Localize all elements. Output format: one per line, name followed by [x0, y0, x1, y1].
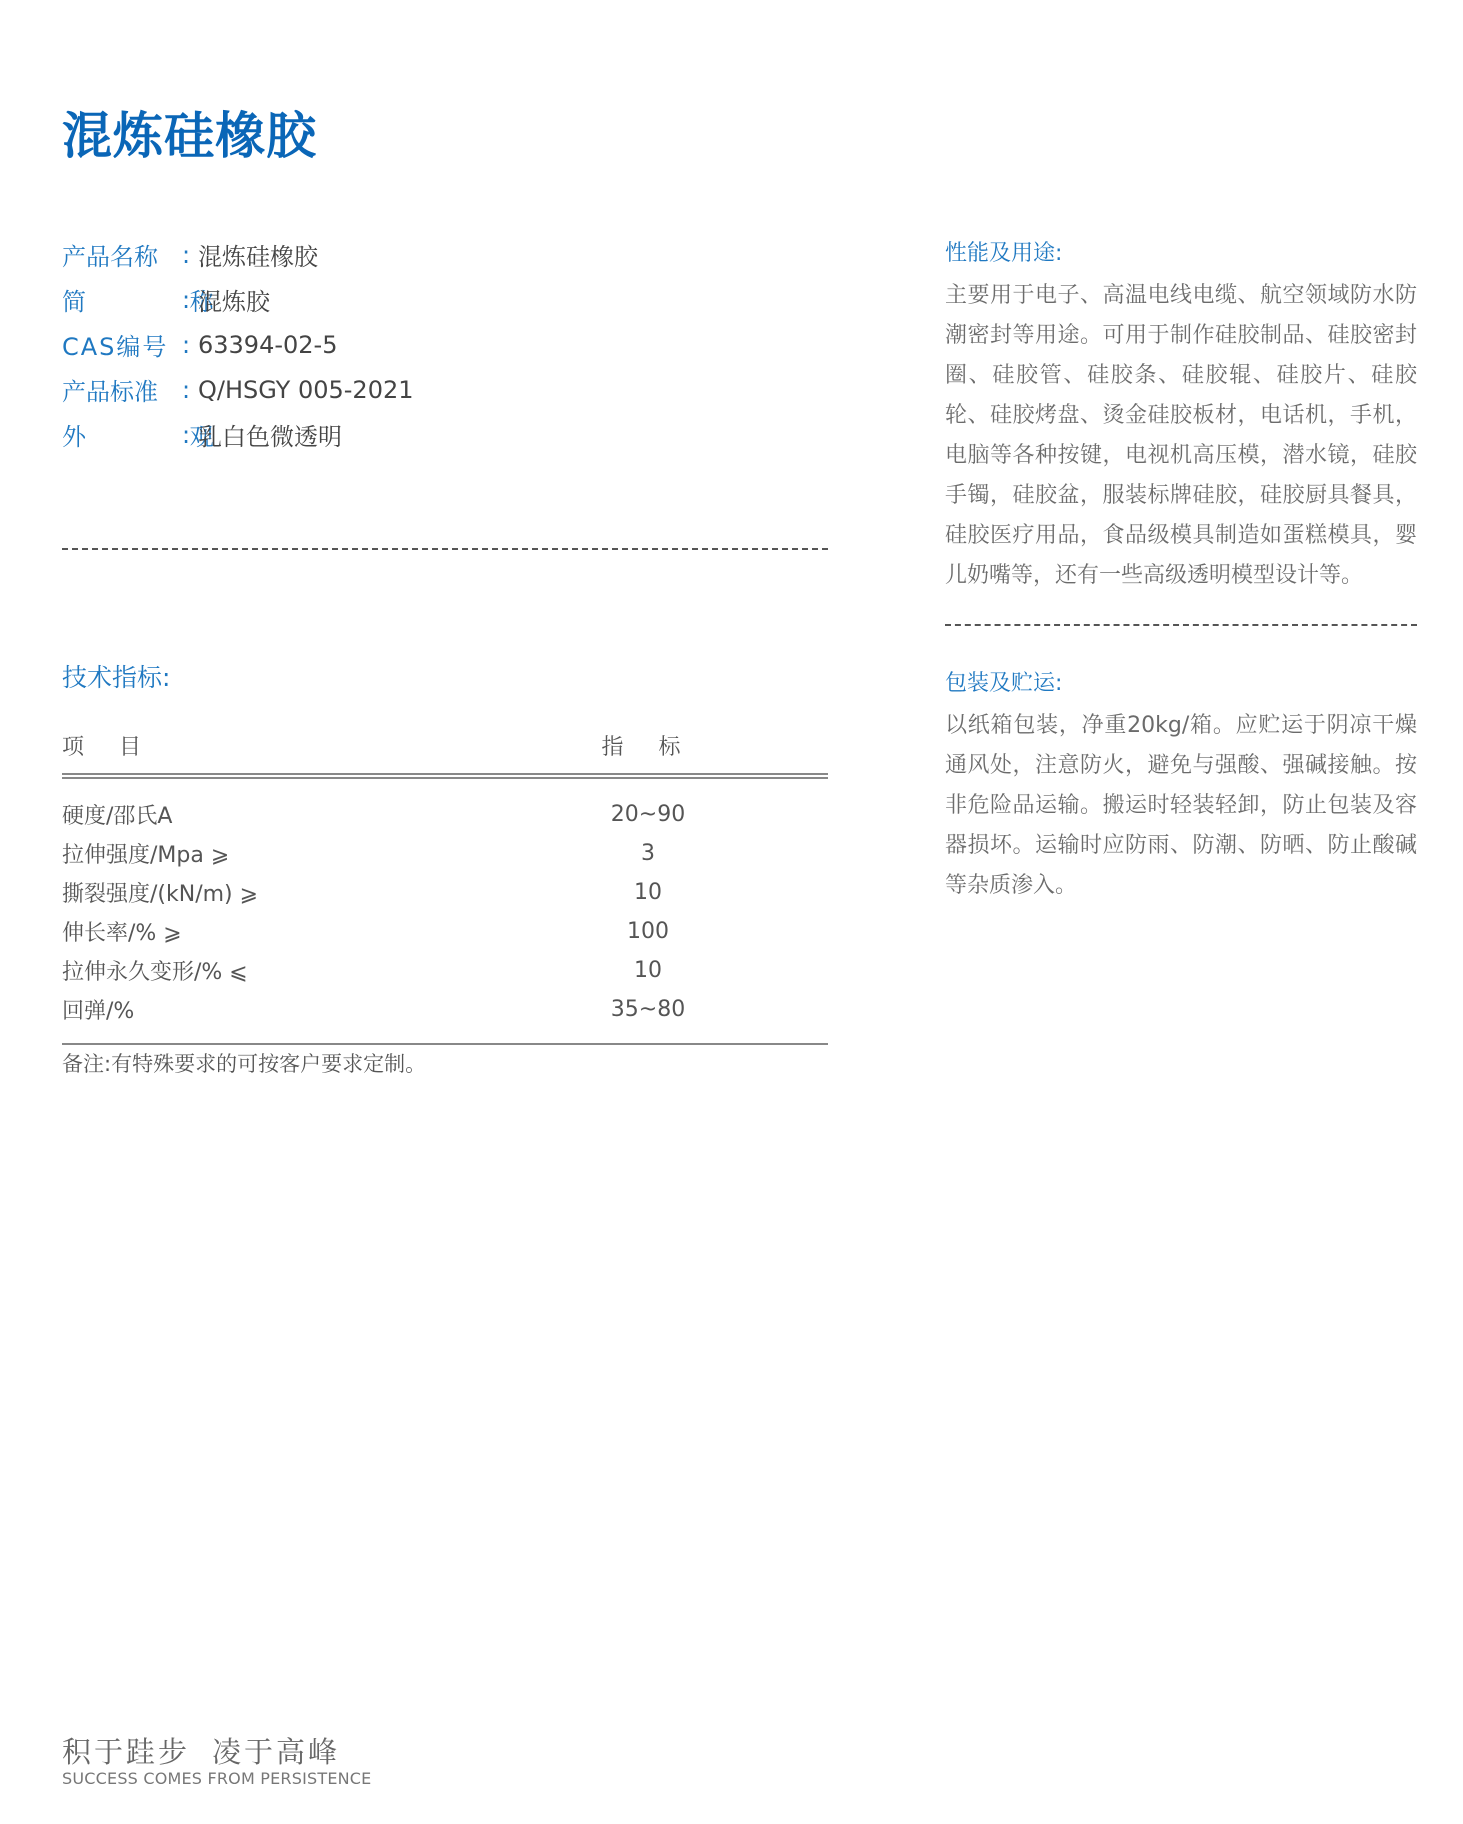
info-label: CAS编号: [62, 327, 182, 362]
info-colon: :: [182, 241, 194, 269]
header-value-label: 指 标: [602, 735, 695, 760]
info-row-standard: 产品标准 : Q/HSGY 005-2021: [62, 367, 414, 412]
page-title: 混炼硅橡胶: [62, 104, 317, 168]
info-label: 外 观: [62, 417, 182, 452]
usage-text: 主要用于电子、高温电线电缆、航空领域防水防潮密封等用途。可用于制作硅胶制品、硅胶…: [945, 276, 1417, 596]
info-value: 混炼胶: [198, 282, 270, 317]
cell-value: 100: [568, 919, 728, 944]
cell-item: 撕裂强度/(kN/m) ⩾: [62, 877, 568, 908]
table-row: 回弹/% 35~80: [62, 990, 828, 1029]
info-value: 乳白色微透明: [198, 417, 342, 452]
table-row: 撕裂强度/(kN/m) ⩾ 10: [62, 873, 828, 912]
dashed-divider: [945, 624, 1417, 626]
info-row-appearance: 外 观 : 乳白色微透明: [62, 412, 414, 457]
slogan-part2: 凌于高峰: [212, 1735, 340, 1769]
slogan-en: SUCCESS COMES FROM PERSISTENCE: [62, 1769, 371, 1788]
slogan-part1: 积于跬步: [62, 1735, 190, 1769]
table-body: 硬度/邵氏A 20~90 拉伸强度/Mpa ⩾ 3 撕裂强度/(kN/m) ⩾ …: [62, 795, 828, 1029]
info-colon: :: [182, 376, 194, 404]
spec-table: 项 目 指 标 硬度/邵氏A 20~90 拉伸强度/Mpa ⩾ 3 撕裂强度/(…: [62, 720, 828, 1045]
cell-value: 10: [568, 958, 728, 983]
cell-item: 伸长率/% ⩾: [62, 916, 568, 947]
slogan-cn: 积于跬步凌于高峰: [62, 1730, 371, 1771]
info-row-short-name: 简 称 : 混炼胶: [62, 277, 414, 322]
product-info: 产品名称 : 混炼硅橡胶 简 称 : 混炼胶 CAS编号 : 63394-02-…: [62, 232, 414, 457]
info-value: 63394-02-5: [198, 331, 337, 359]
footer-slogan: 积于跬步凌于高峰 SUCCESS COMES FROM PERSISTENCE: [62, 1730, 371, 1788]
packaging-text: 以纸箱包装，净重20kg/箱。应贮运于阴凉干燥通风处，注意防火，避免与强酸、强碱…: [945, 706, 1417, 906]
cell-value: 35~80: [568, 997, 728, 1022]
table-row: 硬度/邵氏A 20~90: [62, 795, 828, 834]
table-note: 备注:有特殊要求的可按客户要求定制。: [62, 1048, 426, 1078]
cell-item: 拉伸强度/Mpa ⩾: [62, 838, 568, 869]
packaging-title: 包装及贮运:: [945, 666, 1417, 698]
technical-title: 技术指标:: [62, 658, 170, 694]
cell-item: 拉伸永久变形/% ⩽: [62, 955, 568, 986]
table-row: 拉伸永久变形/% ⩽ 10: [62, 951, 828, 990]
table-header: 项 目 指 标: [62, 720, 828, 770]
cell-item: 硬度/邵氏A: [62, 799, 568, 830]
table-row: 拉伸强度/Mpa ⩾ 3: [62, 834, 828, 873]
info-value: 混炼硅橡胶: [198, 237, 318, 272]
cell-item: 回弹/%: [62, 994, 568, 1025]
right-column: 性能及用途: 主要用于电子、高温电线电缆、航空领域防水防潮密封等用途。可用于制作…: [945, 236, 1417, 906]
info-value: Q/HSGY 005-2021: [198, 376, 414, 404]
header-item-label: 项 目: [62, 735, 155, 760]
dashed-divider: [62, 548, 828, 550]
info-colon: :: [182, 331, 194, 359]
info-label: 简 称: [62, 282, 182, 317]
header-value: 指 标: [568, 730, 728, 761]
header-double-rule: [62, 773, 828, 779]
info-colon: :: [182, 286, 194, 314]
table-bottom-rule: [62, 1043, 828, 1045]
usage-title: 性能及用途:: [945, 236, 1417, 268]
table-row: 伸长率/% ⩾ 100: [62, 912, 828, 951]
cell-value: 3: [568, 841, 728, 866]
info-row-name: 产品名称 : 混炼硅橡胶: [62, 232, 414, 277]
info-colon: :: [182, 421, 194, 449]
cell-value: 20~90: [568, 802, 728, 827]
header-item: 项 目: [62, 730, 568, 761]
cell-value: 10: [568, 880, 728, 905]
info-label: 产品标准: [62, 372, 182, 407]
info-label: 产品名称: [62, 237, 182, 272]
info-row-cas: CAS编号 : 63394-02-5: [62, 322, 414, 367]
